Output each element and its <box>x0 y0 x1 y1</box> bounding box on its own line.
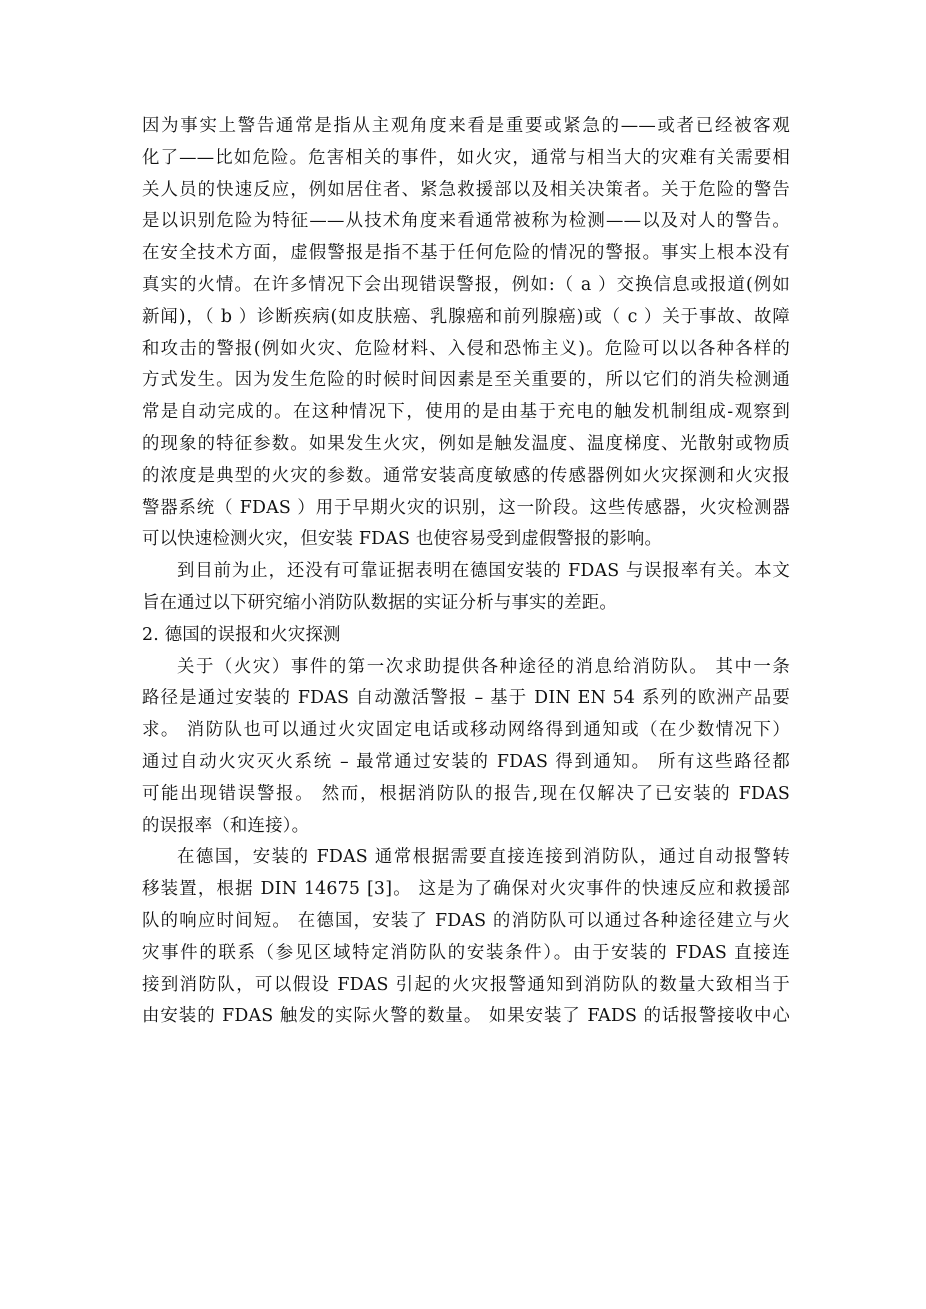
text-line: 因为事实上警告通常是指从主观角度来看是重要或紧急的——或者已经被客观 <box>142 111 790 143</box>
text-line: 由安装的 FDAS 触发的实际火警的数量。 如果安装了 FADS 的话报警接收中… <box>142 1001 790 1033</box>
text-line: 关人员的快速反应，例如居住者、紧急救援部以及相关决策者。关于危险的警告 <box>142 175 790 207</box>
paragraph-research-gap: 到目前为止，还没有可靠证据表明在德国安装的 FDAS 与误报率有关。本文 旨在通… <box>142 556 790 620</box>
text-line: 到目前为止，还没有可靠证据表明在德国安装的 FDAS 与误报率有关。本文 <box>142 556 790 588</box>
text-line: 关于（火灾）事件的第一次求助提供各种途径的消息给消防队。 其中一条 <box>142 652 790 684</box>
text-line: 队的响应时间短。 在德国，安装了 FDAS 的消防队可以通过各种途径建立与火 <box>142 906 790 938</box>
text-line: 通过自动火灾灭火系统 – 最常通过安装的 FDAS 得到通知。 所有这些路径都 <box>142 747 790 779</box>
text-line: 求。 消防队也可以通过火灾固定电话或移动网络得到通知或（在少数情况下） <box>142 715 790 747</box>
text-line: 方式发生。因为发生危险的时候时间因素是至关重要的，所以它们的消失检测通 <box>142 365 790 397</box>
text-line: 真实的火情。在许多情况下会出现错误警报，例如:（ a ）交换信息或报道(例如 <box>142 270 790 302</box>
paragraph-alarm-paths: 关于（火灾）事件的第一次求助提供各种途径的消息给消防队。 其中一条 路径是通过安… <box>142 652 790 843</box>
text-line: 常是自动完成的。在这种情况下，使用的是由基于充电的触发机制组成-观察到 <box>142 397 790 429</box>
text-line: 在德国，安装的 FDAS 通常根据需要直接连接到消防队，通过自动报警转 <box>142 842 790 874</box>
text-line: 化了——比如危险。危害相关的事件，如火灾，通常与相当大的灾难有关需要相 <box>142 143 790 175</box>
text-line: 移装置，根据 DIN 14675 [3]。 这是为了确保对火灾事件的快速反应和救… <box>142 874 790 906</box>
text-line: 路径是通过安装的 FDAS 自动激活警报 – 基于 DIN EN 54 系列的欧… <box>142 683 790 715</box>
text-line: 的现象的特征参数。如果发生火灾，例如是触发温度、温度梯度、光散射或物质 <box>142 429 790 461</box>
text-line: 灾事件的联系（参见区域特定消防队的安装条件）。由于安装的 FDAS 直接连 <box>142 938 790 970</box>
text-line: 警器系统（ FDAS ）用于早期火灾的识别，这一阶段。这些传感器，火灾检测器 <box>142 493 790 525</box>
text-line: 的误报率（和连接）。 <box>142 811 790 843</box>
text-line: 新闻)，（ b ）诊断疾病(如皮肤癌、乳腺癌和前列腺癌)或（ c ）关于事故、故… <box>142 302 790 334</box>
text-line: 接到消防队，可以假设 FDAS 引起的火灾报警通知到消防队的数量大致相当于 <box>142 970 790 1002</box>
document-page: 因为事实上警告通常是指从主观角度来看是重要或紧急的——或者已经被客观 化了——比… <box>142 111 790 1033</box>
text-line: 的浓度是典型的火灾的参数。通常安装高度敏感的传感器例如火灾探测和火灾报 <box>142 461 790 493</box>
text-line: 在安全技术方面，虚假警报是指不基于任何危险的情况的警报。事实上根本没有 <box>142 238 790 270</box>
paragraph-fdas-germany: 在德国，安装的 FDAS 通常根据需要直接连接到消防队，通过自动报警转 移装置，… <box>142 842 790 1033</box>
section-heading: 2. 德国的误报和火灾探测 <box>142 620 790 652</box>
text-line: 是以识别危险为特征——从技术角度来看通常被称为检测——以及对人的警告。 <box>142 206 790 238</box>
text-line: 可能出现错误警报。 然而，根据消防队的报告,现在仅解决了已安装的 FDAS <box>142 779 790 811</box>
text-line: 旨在通过以下研究缩小消防队数据的实证分析与事实的差距。 <box>142 588 790 620</box>
paragraph-intro-alarms: 因为事实上警告通常是指从主观角度来看是重要或紧急的——或者已经被客观 化了——比… <box>142 111 790 556</box>
text-line: 和攻击的警报(例如火灾、危险材料、入侵和恐怖主义)。危险可以以各种各样的 <box>142 334 790 366</box>
text-line: 可以快速检测火灾，但安装 FDAS 也使容易受到虚假警报的影响。 <box>142 524 790 556</box>
